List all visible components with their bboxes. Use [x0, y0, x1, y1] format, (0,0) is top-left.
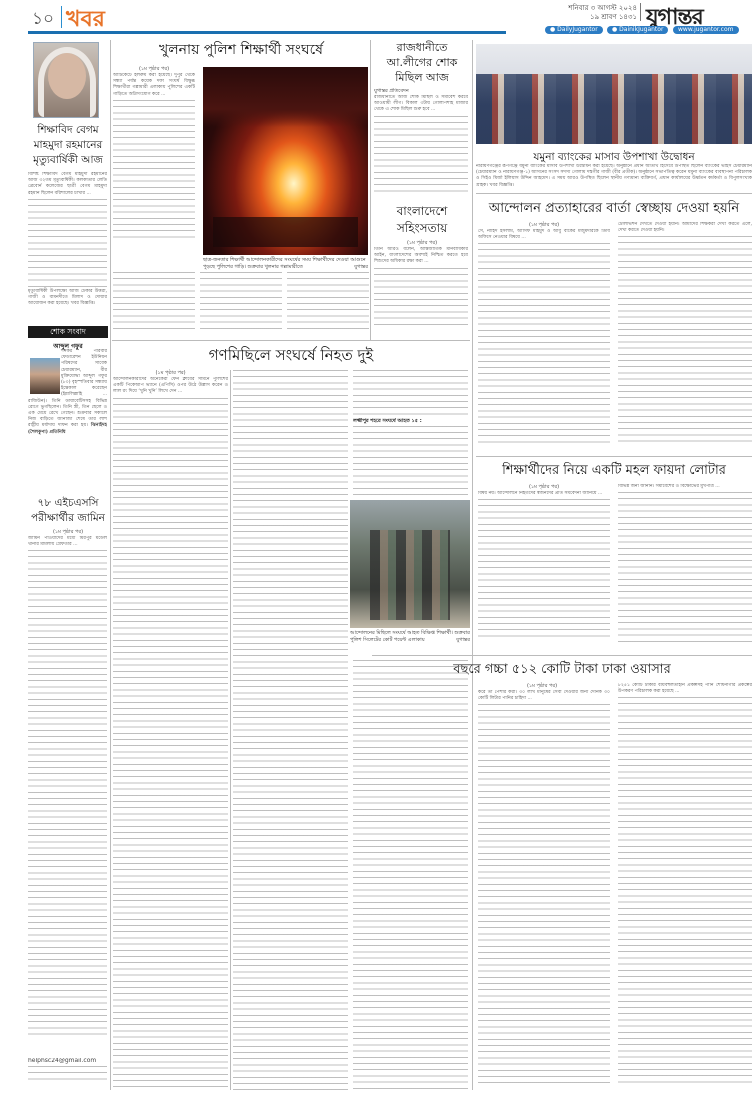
- facebook-link[interactable]: ● DailyJugantor: [545, 26, 603, 34]
- section-rule: [476, 456, 752, 457]
- lottery-body-col1: বিষয় নয়। আন্দোলনে নিহতদের স্বজনদের প্র…: [478, 491, 610, 649]
- caption-text: ছাত্র-জনতার শিক্ষার্থী আন্দোলনকারীদের সং…: [203, 257, 366, 270]
- hsc-bail-body: জামিন পাওয়াদের মধ্যে মিরপুর মডেল থানার …: [28, 536, 107, 1046]
- section-rule: [476, 193, 752, 194]
- smoke-shape: [203, 67, 368, 127]
- mourning-headline: রাজধানীতে আ.লীগের শোক মিছিল আজ: [372, 40, 472, 85]
- photo-credit: যুগান্তর: [456, 637, 470, 644]
- body-text: আর্টিকেটে হলরুম করা হয়েছে। দুপুর থেকে স…: [113, 73, 195, 97]
- people-group-shape: [476, 74, 752, 144]
- condolence-body: শনকর পরিবার ফেডারেশন ইউনিয়ন পরিষদের সাব…: [28, 349, 107, 484]
- body-text: রাজধানীতে আজ শোক মিছিল ও সমাবেশ করবে আওয…: [374, 95, 468, 112]
- wasa-body-col2: ৮২৫১ কোটি টাকার ব্যয়বহুলতাহীন প্রকল্পসহ…: [618, 683, 752, 1090]
- text-lines: [618, 697, 752, 1087]
- text-lines: [113, 100, 195, 240]
- mourning-byline: যুগান্তর প্রতিবেদন: [374, 88, 468, 94]
- obituary-headline: শিক্ষাবিদ বেগম মাহমুদা রহমানের মৃত্যুবার…: [28, 123, 108, 168]
- text-lines: [478, 499, 610, 641]
- body-text: আন্দোলনকারীদের অনেকেরা ফেন ক্লাবের সামনে…: [113, 377, 228, 394]
- masthead-rule: [28, 31, 506, 34]
- khulna-body-col2: [200, 272, 282, 334]
- website-url: www.jugantor.com: [678, 26, 734, 33]
- twitter-handle: DainikJugantor: [619, 26, 663, 33]
- body-text: টেলিভিশন দেখতে দেওয়া হয়নি। আমাদের শিক্…: [618, 222, 752, 233]
- khulna-photo-caption: ছাত্র-জনতার শিক্ষার্থী আন্দোলনকারীদের সং…: [203, 257, 368, 270]
- page-number: ১০: [32, 6, 54, 34]
- headline-line: বাংলাদেশে: [372, 203, 472, 220]
- body-text: তিনি আরও বলেন, আন্তর্জাতিক মানবাধিকার আই…: [374, 247, 468, 264]
- website-link[interactable]: www.jugantor.com: [673, 26, 739, 34]
- body-text: ৮২৫১ কোটি টাকার ব্যয়বহুলতাহীন প্রকল্পসহ…: [618, 683, 752, 694]
- procession-photo-caption: আন্দোলনের মিছিলে সংঘর্ষে আহত বিক্ষিপ্ত শ…: [350, 630, 470, 643]
- text-lines: [113, 398, 228, 1088]
- procession-body-col1: আন্দোলনকারীদের অনেকেরা ফেন ক্লাবের সামনে…: [113, 377, 228, 1090]
- khulna-fire-photo: [203, 67, 368, 255]
- text-lines: [374, 268, 468, 328]
- date-block: শনিবার ৩ আগস্ট ২০২৪ ১৯ শ্রাবণ ১৪৩১: [545, 4, 637, 22]
- procession-body-col3: [353, 370, 468, 500]
- column-rule: [370, 40, 371, 340]
- photo-wrap-spacer: [28, 349, 61, 395]
- withdrawal-body-col2: টেলিভিশন দেখতে দেওয়া হয়নি। আমাদের শিক্…: [618, 222, 752, 451]
- column-rule: [110, 40, 111, 1090]
- violence-headline: বাংলাদেশে সহিংসতায়: [372, 203, 472, 237]
- body-text: করে তা পেশার করা। ৩০ লাখ মানুষের সেবা দে…: [478, 690, 610, 701]
- date-divider: [640, 3, 641, 21]
- violence-body: তিনি আরও বলেন, আন্তর্জাতিক মানবাধিকার আই…: [374, 247, 468, 335]
- lakshmipur-subhead: লক্ষ্মীপুর শহরে সংঘর্ষে আহত ১৫ :: [353, 418, 468, 424]
- masthead: ১০ খবর শনিবার ৩ আগস্ট ২০২৪ ১৯ শ্রাবণ ১৪৩…: [0, 0, 756, 34]
- wasa-body-col1: করে তা পেশার করা। ৩০ লাখ মানুষের সেবা দে…: [478, 690, 610, 1090]
- section-rule: [372, 655, 752, 656]
- headline-line: শিক্ষাবিদ বেগম: [28, 123, 108, 138]
- headscarf-shape: [38, 47, 96, 117]
- text-lines: [374, 116, 468, 194]
- body-text: জামিন পাওয়াদের মধ্যে মিরপুর মডেল থানার …: [28, 536, 107, 547]
- jamuna-body: নারায়ণগঞ্জের রূপগঞ্জে যমুনা ব্যাংকের মা…: [476, 164, 752, 190]
- headline-line: ৭৮ এইচএসসি: [28, 496, 108, 511]
- lottery-body-col2: বিভিন্ন জনা জানান। সমাবেশের ও বিক্ষোভের …: [618, 484, 752, 649]
- body-text: মৃত্যুবার্ষিকী উপলক্ষ্যে আজ ঢেকার উত্তরা…: [28, 289, 107, 306]
- withdrawal-headline: আন্দোলন প্রত্যাহারের বার্তা স্বেচ্ছায় দ…: [476, 199, 752, 220]
- text-lines: [618, 236, 752, 446]
- caption-text: আন্দোলনের মিছিলে সংঘর্ষে আহত বিক্ষিপ্ত শ…: [350, 630, 470, 643]
- procession-photo: [350, 500, 470, 628]
- procession-body-col3b: [353, 660, 468, 1090]
- column-rule: [230, 370, 231, 1090]
- crowd-shape: [370, 530, 450, 620]
- body-text: বিভিন্ন জনা জানান। সমাবেশের ও বিক্ষোভের …: [618, 484, 720, 489]
- procession-headline: গণমিছিলে সংঘর্ষে নিহত দুই: [112, 344, 470, 369]
- khulna-headline: খুলনায় পুলিশ শিক্ষার্থী সংঘর্ষে: [112, 38, 370, 62]
- hsc-bail-headline: ৭৮ এইচএসসি পরীক্ষার্থীর জামিন: [28, 496, 108, 526]
- column-rule: [472, 40, 473, 1090]
- text-lines: [28, 199, 107, 287]
- headline-line: সহিংসতায়: [372, 220, 472, 237]
- date-bangla: ১৯ শ্রাবণ ১৪৩১: [545, 13, 637, 22]
- body-text: সে, নাহিদ ইসলাম, আসিফ মাহমুদ ও আবু বাকের…: [478, 229, 610, 240]
- headline-line: মৃত্যুবার্ষিকী আজ: [28, 153, 108, 168]
- hsc-email[interactable]: helphsc24@gmail.com: [28, 1058, 107, 1064]
- text-lines: [28, 550, 107, 1040]
- headline-line: আ.লীগের শোক: [372, 55, 472, 70]
- facebook-handle: DailyJugantor: [557, 26, 598, 33]
- body-text: বিষয় নয়। আন্দোলনে নিহতদের স্বজনদের প্র…: [478, 491, 602, 496]
- twitter-link[interactable]: ● DainikJugantor: [607, 26, 668, 34]
- khulna-body-col3: [287, 272, 369, 334]
- khulna-body-col1b: [113, 272, 195, 334]
- headline-line: পরীক্ষার্থীর জামিন: [28, 511, 108, 526]
- text-lines: [478, 243, 610, 443]
- lottery-headline: শিক্ষার্থীদের নিয়ে একটি মহল ফায়দা লোটা…: [476, 461, 752, 482]
- headline-line: মিছিল আজ: [372, 70, 472, 85]
- procession-body-col2: [233, 370, 348, 1090]
- body-text: বিশিষ্ট শিক্ষাবিদ বেগম মাহমুদা রহমানের আ…: [28, 172, 107, 196]
- headline-line: মাহমুদা রহমানের: [28, 138, 108, 153]
- withdrawal-body-col1: সে, নাহিদ ইসলাম, আসিফ মাহমুদ ও আবু বাকের…: [478, 229, 610, 451]
- date-gregorian: শনিবার ৩ আগস্ট ২০২৪: [545, 4, 637, 13]
- condolence-label: শোক সংবাদ: [28, 326, 108, 338]
- photo-credit: যুগান্তর: [354, 264, 368, 271]
- section-rule: [112, 340, 470, 341]
- headline-line: রাজধানীতে: [372, 40, 472, 55]
- text-lines: [478, 704, 610, 1084]
- jamuna-bank-photo: [476, 44, 752, 144]
- obituary-body: বিশিষ্ট শিক্ষাবিদ বেগম মাহমুদা রহমানের আ…: [28, 172, 107, 324]
- mourning-body: রাজধানীতে আজ শোক মিছিল ও সমাবেশ করবে আওয…: [374, 95, 468, 195]
- obituary-portrait: [33, 42, 99, 118]
- text-lines: [618, 492, 752, 642]
- khulna-body-col1: আর্টিকেটে হলরুম করা হয়েছে। দুপুর থেকে স…: [113, 73, 195, 253]
- text-lines: [28, 1066, 107, 1080]
- vehicle-silhouette: [213, 217, 358, 247]
- masthead-divider: [61, 6, 62, 28]
